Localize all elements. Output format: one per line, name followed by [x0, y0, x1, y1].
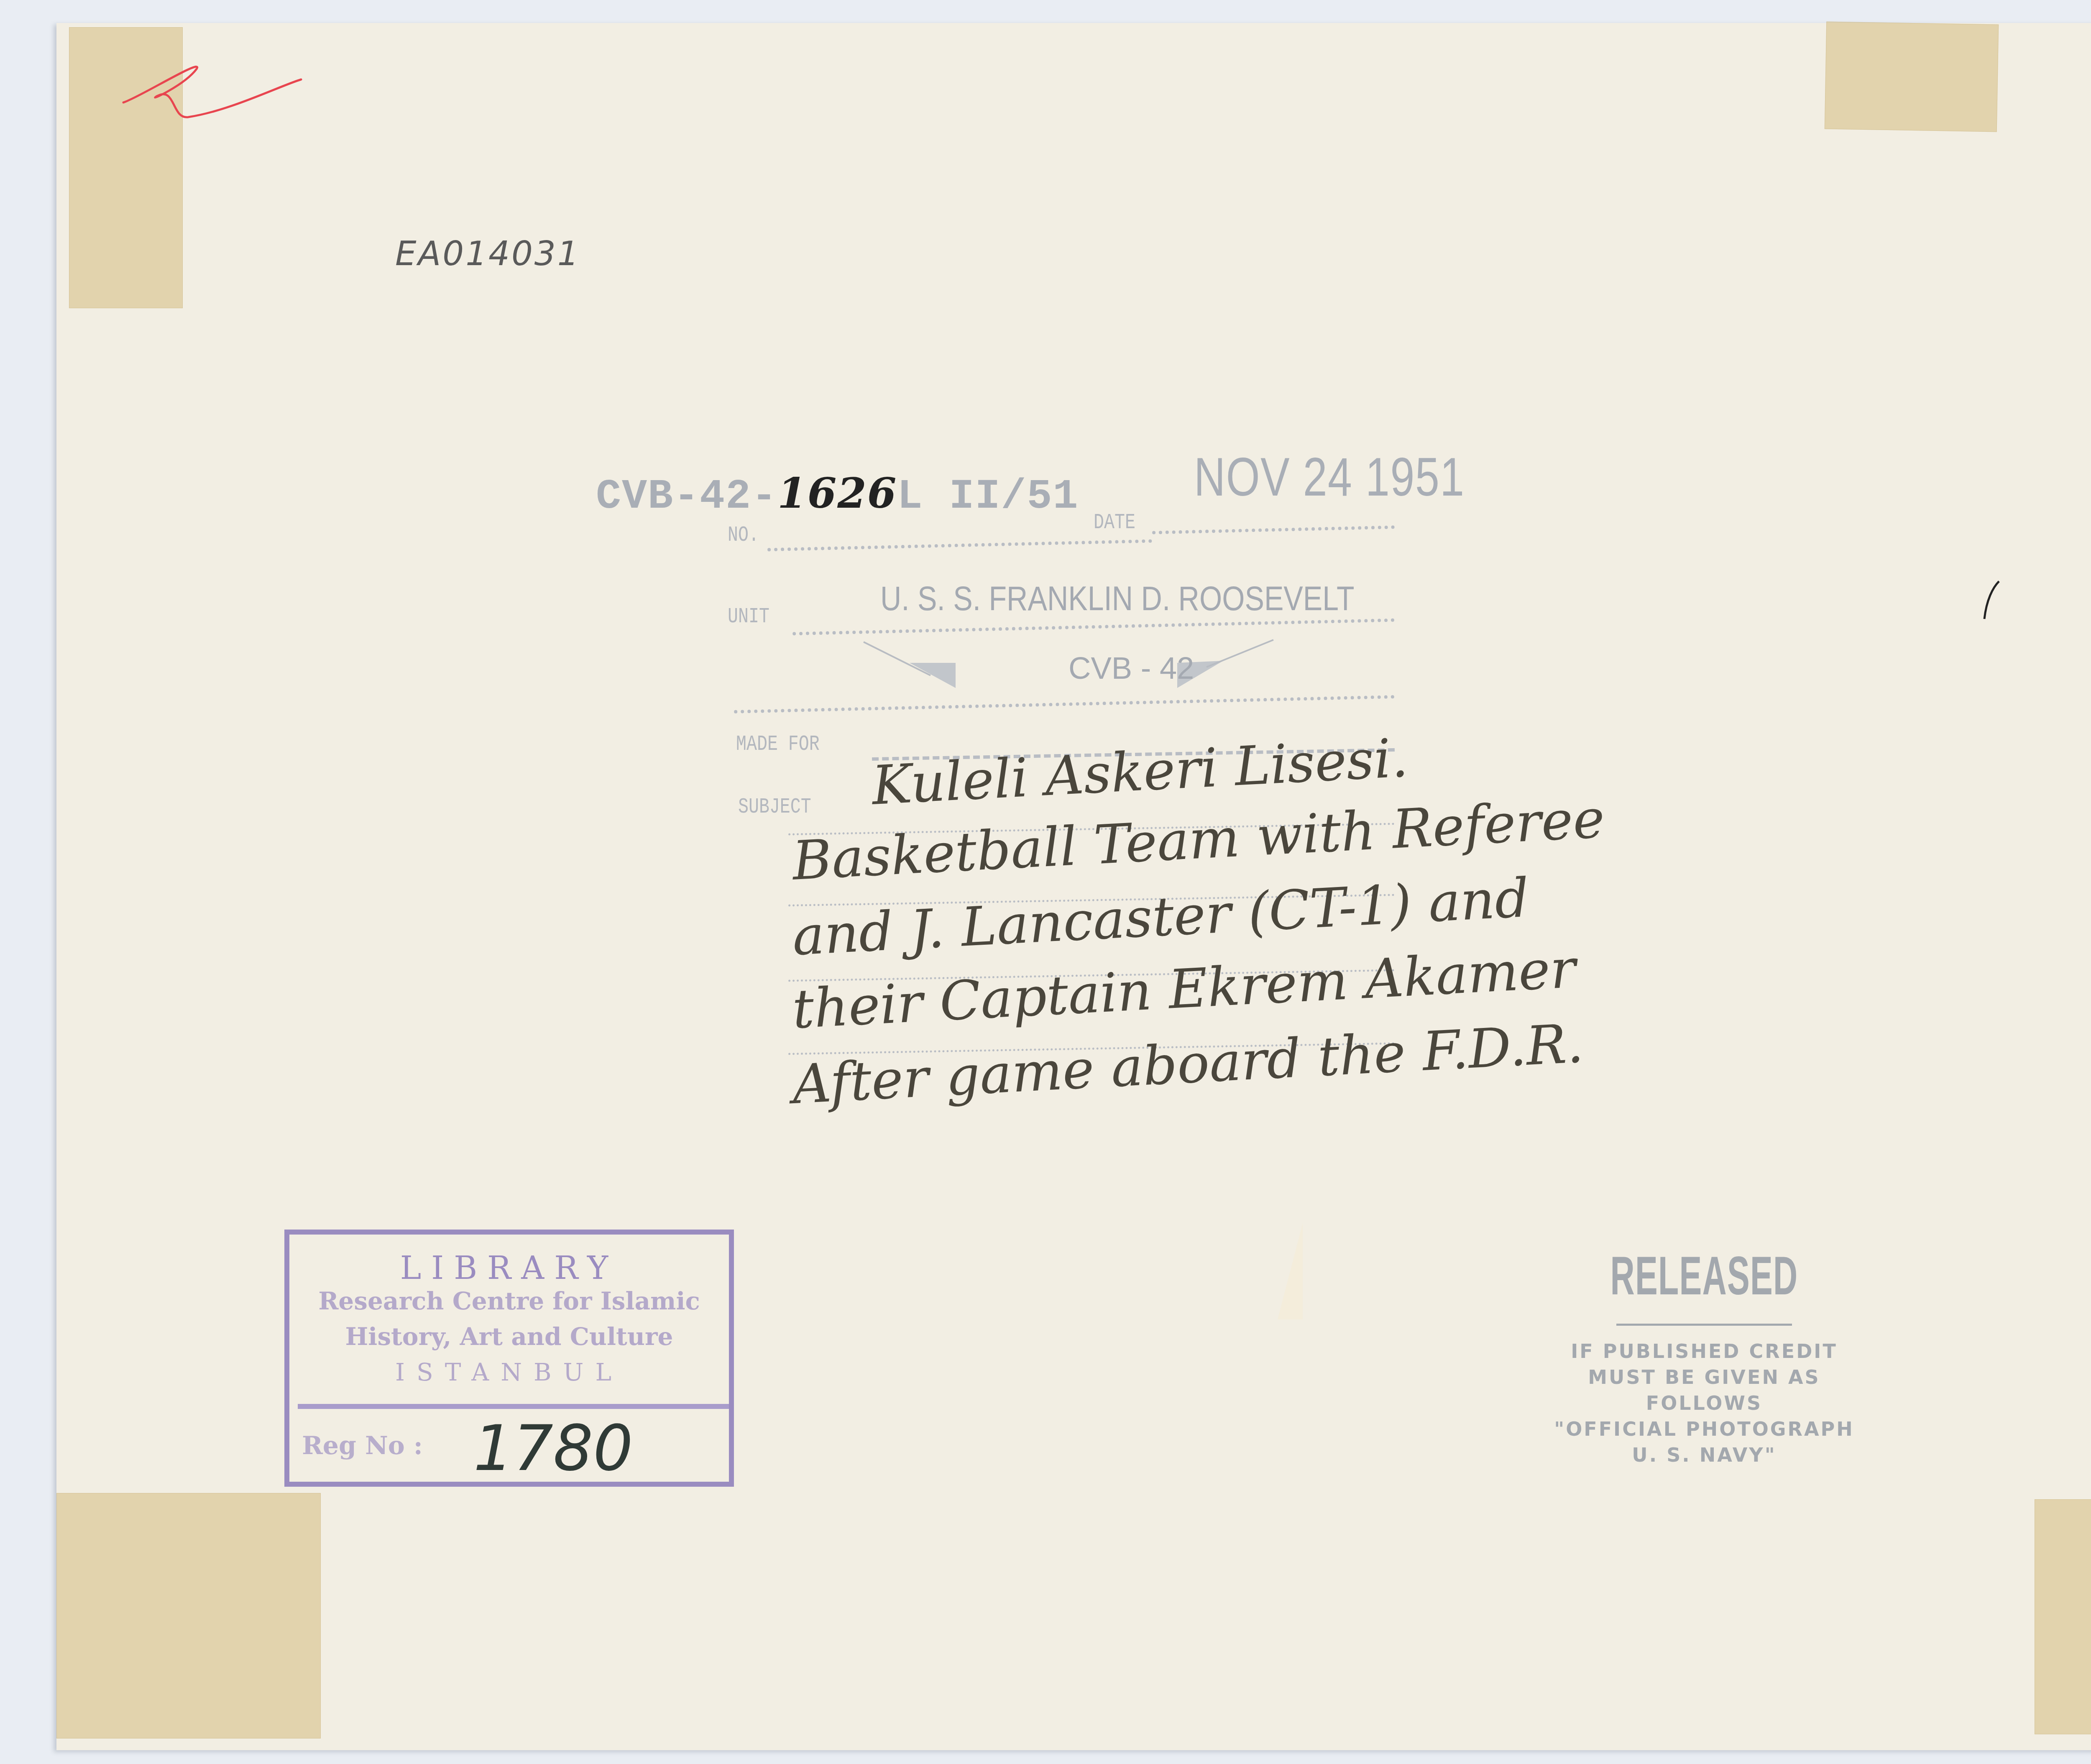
tape-bottom-left [56, 1493, 321, 1738]
reg-no-value: 1780 [473, 1412, 633, 1485]
photo-number-prefix: CVB-42- [596, 473, 777, 521]
unit-dotted-line [792, 619, 1395, 636]
release-line-2: MUST BE GIVEN AS FOLLOWS [1537, 1364, 1871, 1416]
library-stamp: LIBRARY Research Centre for Islamic Hist… [284, 1230, 734, 1487]
label-date: DATE [1094, 510, 1135, 535]
label-subject: SUBJECT [738, 795, 811, 819]
reg-no-label: Reg No : [302, 1431, 423, 1460]
hull-designation: CVB - 42 [1069, 650, 1194, 686]
photo-number: CVB-42-1626L II/51 [596, 468, 1079, 521]
tape-top-right [1825, 21, 1999, 132]
library-stamp-line-2: History, Art and Culture [289, 1322, 729, 1351]
paper-residue-fragment [1278, 1223, 1303, 1319]
release-line-4: U. S. NAVY" [1537, 1442, 1871, 1468]
date-dotted-line [1152, 525, 1395, 534]
release-stamp: RELEASED IF PUBLISHED CREDIT MUST BE GIV… [1537, 1244, 1871, 1468]
accession-number: EA014031 [395, 234, 580, 273]
no-dotted-line [767, 539, 1152, 552]
release-line-3: "OFFICIAL PHOTOGRAPH [1537, 1416, 1871, 1442]
release-stamp-title: RELEASED [1600, 1244, 1808, 1307]
release-line-1: IF PUBLISHED CREDIT [1537, 1338, 1871, 1364]
label-no: NO. [728, 523, 759, 547]
photo-number-suffix: L II/51 [897, 473, 1079, 521]
library-stamp-line-3: ISTANBUL [289, 1358, 729, 1386]
hull-dotted-line [734, 695, 1395, 713]
photo-number-handwritten: 1626 [777, 468, 897, 518]
label-made-for: MADE FOR [736, 732, 820, 757]
tape-bottom-right [2035, 1499, 2091, 1734]
library-stamp-title: LIBRARY [289, 1249, 729, 1286]
date-stamp: NOV 24 1951 [1194, 445, 1465, 508]
unit-name: U. S. S. FRANKLIN D. ROOSEVELT [880, 579, 1355, 619]
library-stamp-divider [298, 1404, 729, 1409]
red-pencil-mark-icon [121, 40, 330, 144]
pen-stroke-mark-icon [1980, 579, 2005, 621]
library-stamp-line-1: Research Centre for Islamic [289, 1287, 729, 1315]
release-stamp-rule [1616, 1324, 1792, 1326]
label-unit: UNIT [728, 604, 769, 629]
photo-back-paper: EA014031 CVB-42-1626L II/51 NOV 24 1951 … [56, 23, 2091, 1750]
